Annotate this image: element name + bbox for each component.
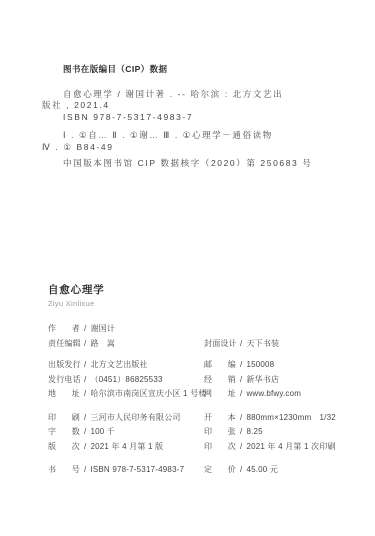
slash-separator: /	[240, 373, 242, 388]
copyright-page: 图书在版编目（CIP）数据 自愈心理学 / 谢国计著 . -- 哈尔滨 : 北方…	[0, 0, 375, 536]
row-editor-design: 责任编辑 / 路 嵩 封面设计 / 天下书装	[48, 337, 368, 352]
website-value: www.bfwy.com	[246, 387, 301, 402]
postcode-value: 150008	[246, 358, 274, 373]
printer-label: 印刷	[48, 411, 80, 426]
managing-editor-label: 责任编辑	[48, 337, 80, 352]
row-isbn-price: 书号 / ISBN 978-7-5317-4983-7 定价 / 45.00 元	[48, 463, 368, 478]
slash-separator: /	[84, 411, 86, 426]
slash-separator: /	[84, 358, 86, 373]
managing-editor-value: 路 嵩	[90, 337, 115, 352]
colophon-group-publisher: 出版发行 / 北方文艺出版社 邮编 / 150008 发行电话 / （0451）…	[48, 358, 368, 402]
address-label: 地址	[48, 387, 80, 402]
word-count-value: 100 千	[90, 425, 115, 440]
cip-isbn-line: ISBN 978-7-5317-4983-7	[42, 112, 342, 124]
cip-classification-line-1: Ⅰ . ①自… Ⅱ . ①谢… Ⅲ . ①心理学－通俗读物	[42, 130, 342, 142]
edition-value: 2021 年 4 月第 1 版	[90, 440, 163, 455]
book-number-value: ISBN 978-7-5317-4983-7	[90, 463, 184, 478]
price-label: 定价	[204, 463, 236, 478]
colophon-group-isbn-price: 书号 / ISBN 978-7-5317-4983-7 定价 / 45.00 元	[48, 463, 368, 478]
row-author: 作者 / 谢国计	[48, 322, 368, 337]
cip-entry-line-2: 版社 , 2021.4	[42, 100, 342, 112]
slash-separator: /	[84, 337, 86, 352]
impression-label: 印次	[204, 440, 236, 455]
row-wordcount-sheets: 字数 / 100 千 印张 / 8.25	[48, 425, 368, 440]
address-value: 哈尔滨市南岗区宣庆小区 1 号楼	[90, 387, 206, 402]
printer-value: 三河市人民印务有限公司	[90, 411, 180, 426]
colophon-group-staff: 作者 / 谢国计 责任编辑 / 路 嵩 封面设计 / 天下书装	[48, 322, 368, 351]
word-count-label: 字数	[48, 425, 80, 440]
slash-separator: /	[84, 425, 86, 440]
slash-separator: /	[240, 440, 242, 455]
slash-separator: /	[240, 387, 242, 402]
row-edition-impression: 版次 / 2021 年 4 月第 1 版 印次 / 2021 年 4 月第 1 …	[48, 440, 368, 455]
book-number-label: 书号	[48, 463, 80, 478]
sales-phone-label: 发行电话	[48, 373, 80, 388]
distributor-value: 新华书店	[246, 373, 279, 388]
book-title-pinyin: Ziyu Xinlixue	[48, 299, 105, 308]
website-label: 网址	[204, 387, 236, 402]
author-value: 谢国计	[90, 322, 115, 337]
row-printer-format: 印刷 / 三河市人民印务有限公司 开本 / 880mm×1230mm 1/32	[48, 411, 368, 426]
sales-phone-value: （0451）86825533	[90, 373, 162, 388]
format-label: 开本	[204, 411, 236, 426]
slash-separator: /	[240, 337, 242, 352]
format-value: 880mm×1230mm 1/32	[246, 411, 335, 426]
colophon-block: 作者 / 谢国计 责任编辑 / 路 嵩 封面设计 / 天下书装	[48, 322, 368, 485]
edition-label: 版次	[48, 440, 80, 455]
distributor-label: 经销	[204, 373, 236, 388]
slash-separator: /	[84, 463, 86, 478]
cover-design-label: 封面设计	[204, 337, 236, 352]
book-title: 自愈心理学	[48, 284, 105, 296]
cip-record-line: 中国版本图书馆 CIP 数据核字（2020）第 250683 号	[42, 158, 342, 170]
cip-classification-line-2: Ⅳ . ① B84-49	[42, 142, 342, 154]
postcode-label: 邮编	[204, 358, 236, 373]
author-label: 作者	[48, 322, 80, 337]
printed-sheets-value: 8.25	[246, 425, 262, 440]
cip-data-block: 图书在版编目（CIP）数据 自愈心理学 / 谢国计著 . -- 哈尔滨 : 北方…	[42, 64, 342, 170]
cip-entry-line-1: 自愈心理学 / 谢国计著 . -- 哈尔滨 : 北方文艺出	[42, 89, 342, 101]
row-phone-distributor: 发行电话 / （0451）86825533 经销 / 新华书店	[48, 373, 368, 388]
printed-sheets-label: 印张	[204, 425, 236, 440]
cover-design-value: 天下书装	[246, 337, 279, 352]
impression-value: 2021 年 4 月第 1 次印刷	[246, 440, 335, 455]
row-publisher-postcode: 出版发行 / 北方文艺出版社 邮编 / 150008	[48, 358, 368, 373]
slash-separator: /	[240, 358, 242, 373]
slash-separator: /	[84, 373, 86, 388]
publisher-value: 北方文艺出版社	[90, 358, 147, 373]
publisher-label: 出版发行	[48, 358, 80, 373]
row-address-website: 地址 / 哈尔滨市南岗区宣庆小区 1 号楼 网址 / www.bfwy.com	[48, 387, 368, 402]
slash-separator: /	[240, 411, 242, 426]
colophon-group-printing: 印刷 / 三河市人民印务有限公司 开本 / 880mm×1230mm 1/32 …	[48, 411, 368, 455]
slash-separator: /	[84, 322, 86, 337]
slash-separator: /	[240, 463, 242, 478]
slash-separator: /	[240, 425, 242, 440]
price-value: 45.00 元	[246, 463, 278, 478]
cip-heading: 图书在版编目（CIP）数据	[42, 64, 342, 76]
title-block: 自愈心理学 Ziyu Xinlixue	[48, 284, 105, 308]
slash-separator: /	[84, 440, 86, 455]
slash-separator: /	[84, 387, 86, 402]
